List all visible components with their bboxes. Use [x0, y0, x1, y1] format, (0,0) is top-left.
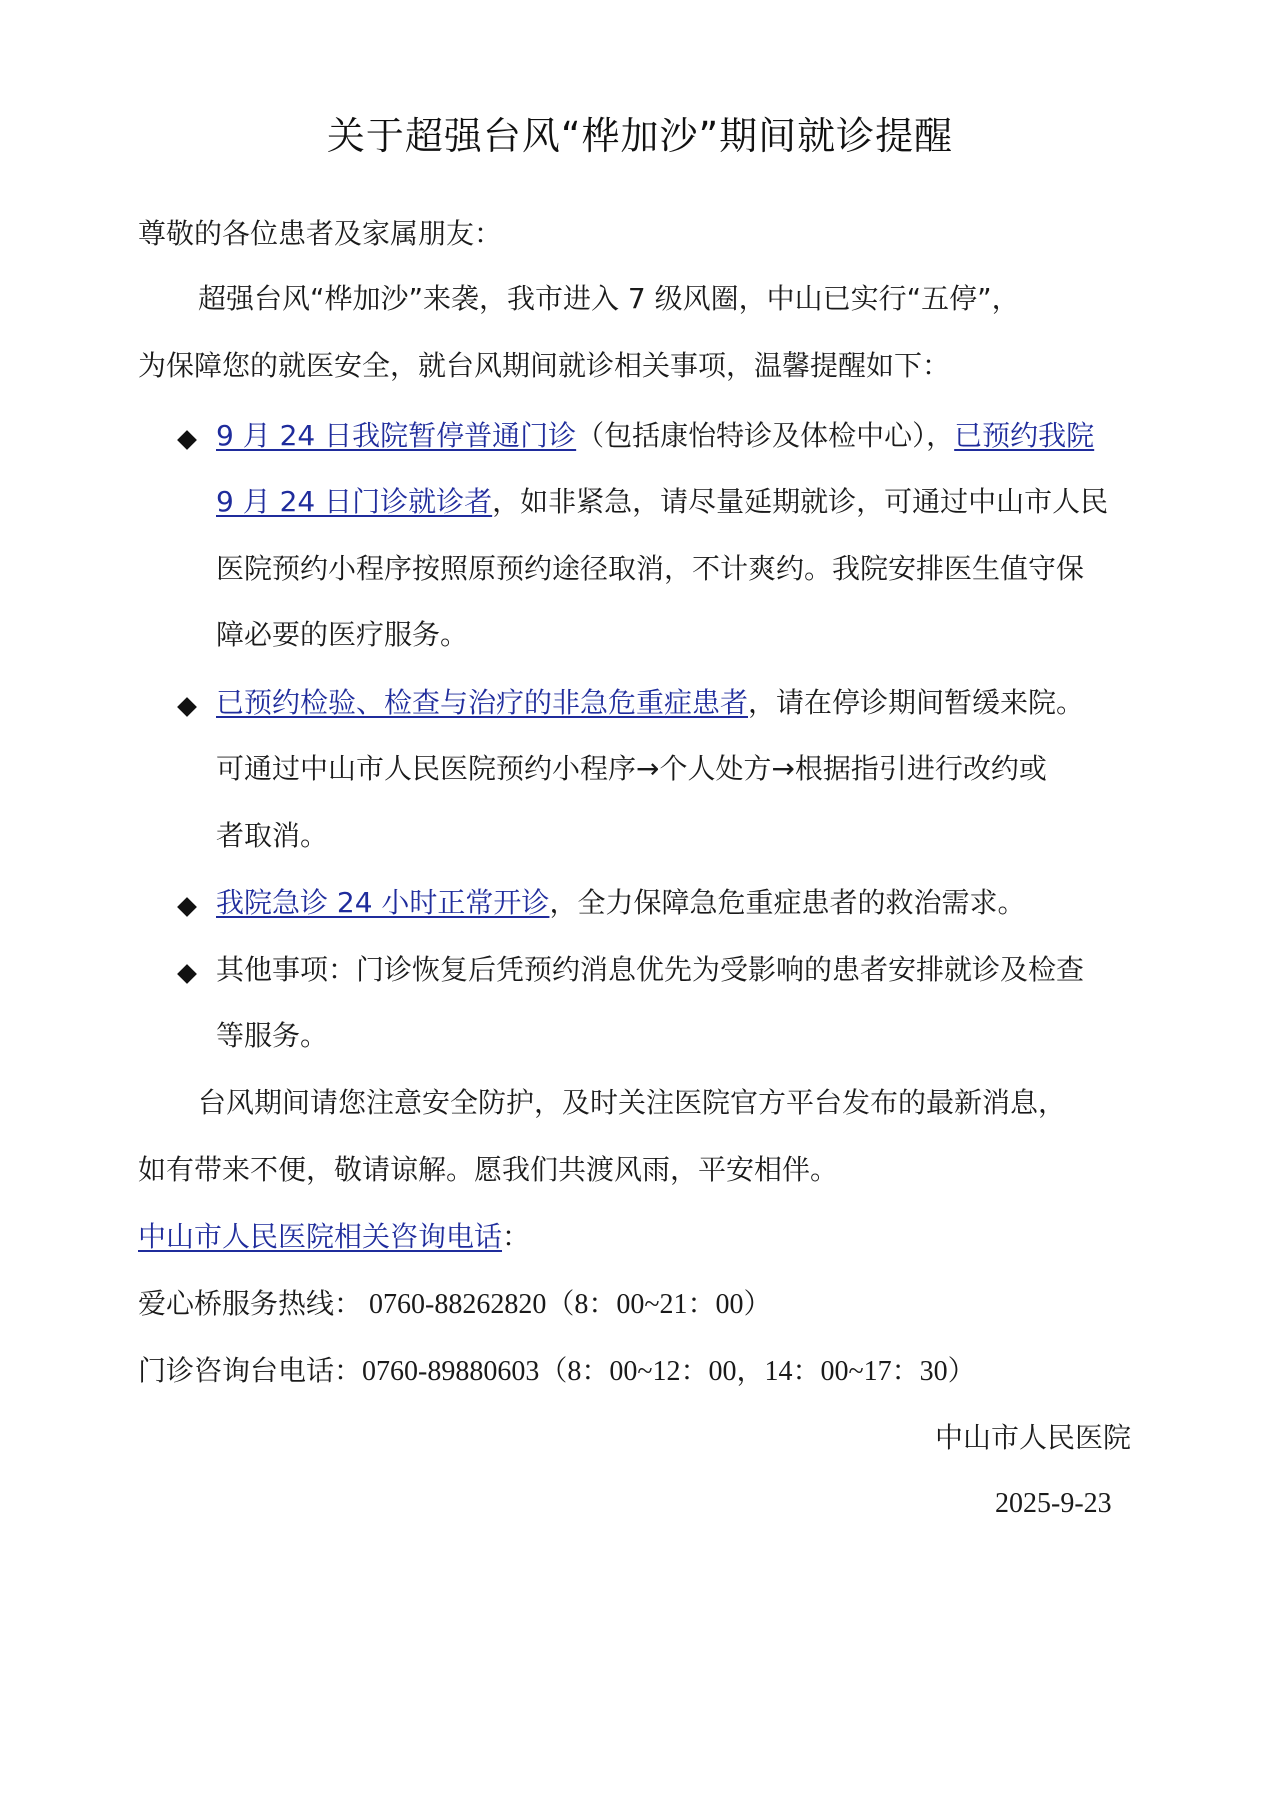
text: ，如非紧急，请尽量延期就诊，可通过中山市人民: [492, 485, 1108, 518]
clinic-label: 门诊咨询台电话：: [138, 1354, 362, 1387]
bullet-1-line-4: 障必要的医疗服务。: [216, 617, 468, 653]
salutation: 尊敬的各位患者及家属朋友：: [138, 216, 502, 252]
bullet-2-line-2: 可通过中山市人民医院预约小程序→个人处方→根据指引进行改约或: [216, 751, 1047, 787]
text: ，请在停诊期间暂缓来院。: [748, 686, 1084, 719]
link-suspend-outpatient[interactable]: 9 月 24 日我院暂停普通门诊: [216, 419, 576, 452]
hotline-row: 爱心桥服务热线： 0760-88262820（8：00~21：00）: [138, 1286, 772, 1323]
link-emergency-24h[interactable]: 我院急诊 24 小时正常开诊: [216, 886, 549, 919]
diamond-bullet-icon: [177, 964, 197, 984]
bullet-2-line-1: 已预约检验、检查与治疗的非急危重症患者，请在停诊期间暂缓来院。: [216, 685, 1084, 721]
signature-date: 2025-9-23: [995, 1486, 1112, 1522]
intro-line-2: 为保障您的就医安全，就台风期间就诊相关事项，温馨提醒如下：: [138, 348, 950, 384]
diamond-bullet-icon: [177, 430, 197, 450]
signature-org: 中山市人民医院: [935, 1420, 1131, 1456]
closing-line-1: 台风期间请您注意安全防护，及时关注医院官方平台发布的最新消息，: [198, 1085, 1066, 1121]
hotline-label: 爱心桥服务热线：: [138, 1287, 362, 1320]
bullet-2-line-3: 者取消。: [216, 818, 328, 854]
link-outpatient-visitors[interactable]: 9 月 24 日门诊就诊者: [216, 485, 492, 518]
bullet-4-line-2: 等服务。: [216, 1018, 328, 1054]
diamond-bullet-icon: [177, 697, 197, 717]
hotline-value: 0760-88262820（8：00~21：00）: [362, 1289, 771, 1320]
link-contact-phones[interactable]: 中山市人民医院相关咨询电话: [138, 1220, 502, 1253]
text: （包括康怡特诊及体检中心），: [576, 419, 954, 452]
diamond-bullet-icon: [177, 897, 197, 917]
bullet-3-line-1: 我院急诊 24 小时正常开诊，全力保障急危重症患者的救治需求。: [216, 885, 1025, 921]
intro-line-1: 超强台风“桦加沙”来袭，我市进入 7 级风圈，中山已实行“五停”，: [198, 281, 1020, 317]
closing-line-2: 如有带来不便，敬请谅解。愿我们共渡风雨，平安相伴。: [138, 1152, 838, 1188]
bullet-1-line-3: 医院预约小程序按照原预约途径取消，不计爽约。我院安排医生值守保: [216, 551, 1084, 587]
page-title: 关于超强台风“桦加沙”期间就诊提醒: [0, 105, 1280, 160]
bullet-1-line-2: 9 月 24 日门诊就诊者，如非紧急，请尽量延期就诊，可通过中山市人民: [216, 484, 1108, 520]
text: ：: [502, 1220, 530, 1253]
clinic-row: 门诊咨询台电话：0760-89880603（8：00~12：00，14：00~1…: [138, 1353, 976, 1390]
link-booked-patients[interactable]: 已预约我院: [954, 419, 1094, 452]
bullet-1-line-1: 9 月 24 日我院暂停普通门诊（包括康怡特诊及体检中心），已预约我院: [216, 418, 1094, 454]
clinic-value: 0760-89880603（8：00~12：00，14：00~17：30）: [362, 1356, 976, 1387]
contacts-heading: 中山市人民医院相关咨询电话：: [138, 1219, 530, 1255]
bullet-4-line-1: 其他事项：门诊恢复后凭预约消息优先为受影响的患者安排就诊及检查: [216, 952, 1084, 988]
link-non-emergency-patients[interactable]: 已预约检验、检查与治疗的非急危重症患者: [216, 686, 748, 719]
text: ，全力保障急危重症患者的救治需求。: [549, 886, 1025, 919]
notice-page: 关于超强台风“桦加沙”期间就诊提醒 尊敬的各位患者及家属朋友： 超强台风“桦加沙…: [0, 0, 1280, 1810]
